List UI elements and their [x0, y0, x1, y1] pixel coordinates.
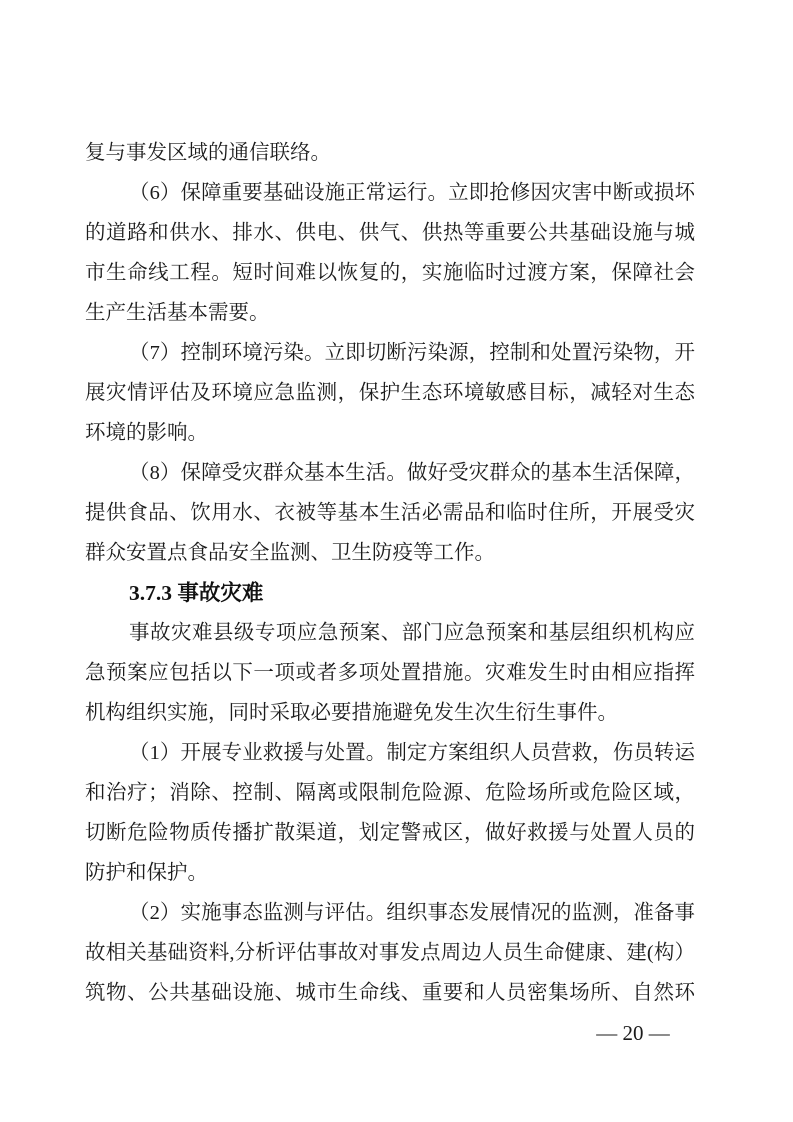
page-number: — 20 — [563, 1020, 703, 1046]
text-line: （7）控制环境污染。立即切断污染源，控制和处置污染物，开 [85, 333, 695, 373]
text-line: 急预案应包括以下一项或者多项处置措施。灾难发生时由相应指挥 [85, 653, 695, 693]
document-text-block: 复与事发区域的通信联络。（6）保障重要基础设施正常运行。立即抢修因灾害中断或损坏… [85, 133, 695, 1013]
text-line: 展灾情评估及环境应急监测，保护生态环境敏感目标，减轻对生态 [85, 373, 695, 413]
text-line: 提供食品、饮用水、衣被等基本生活必需品和临时住所，开展受灾 [85, 493, 695, 533]
text-line: （6）保障重要基础设施正常运行。立即抢修因灾害中断或损坏 [85, 173, 695, 213]
text-line: 群众安置点食品安全监测、卫生防疫等工作。 [85, 533, 695, 573]
text-line: 切断危险物质传播扩散渠道，划定警戒区，做好救援与处置人员的 [85, 813, 695, 853]
text-line: 事故灾难县级专项应急预案、部门应急预案和基层组织机构应 [85, 613, 695, 653]
text-line: （8）保障受灾群众基本生活。做好受灾群众的基本生活保障， [85, 453, 695, 493]
text-line: 生产生活基本需要。 [85, 293, 695, 333]
text-line: 机构组织实施，同时采取必要措施避免发生次生衍生事件。 [85, 693, 695, 733]
document-page: 复与事发区域的通信联络。（6）保障重要基础设施正常运行。立即抢修因灾害中断或损坏… [0, 0, 793, 1122]
text-line: （2）实施事态监测与评估。组织事态发展情况的监测，准备事 [85, 893, 695, 933]
text-line: 防护和保护。 [85, 853, 695, 893]
text-line: 的道路和供水、排水、供电、供气、供热等重要公共基础设施与城 [85, 213, 695, 253]
text-line: 故相关基础资料,分析评估事故对事发点周边人员生命健康、建(构） [85, 933, 695, 973]
text-line: 和治疗；消除、控制、隔离或限制危险源、危险场所或危险区域， [85, 773, 695, 813]
text-line: 筑物、公共基础设施、城市生命线、重要和人员密集场所、自然环 [85, 973, 695, 1013]
section-heading: 3.7.3 事故灾难 [85, 573, 695, 613]
text-line: 市生命线工程。短时间难以恢复的，实施临时过渡方案，保障社会 [85, 253, 695, 293]
text-line: （1）开展专业救援与处置。制定方案组织人员营救，伤员转运 [85, 733, 695, 773]
text-line: 复与事发区域的通信联络。 [85, 133, 695, 173]
text-line: 环境的影响。 [85, 413, 695, 453]
